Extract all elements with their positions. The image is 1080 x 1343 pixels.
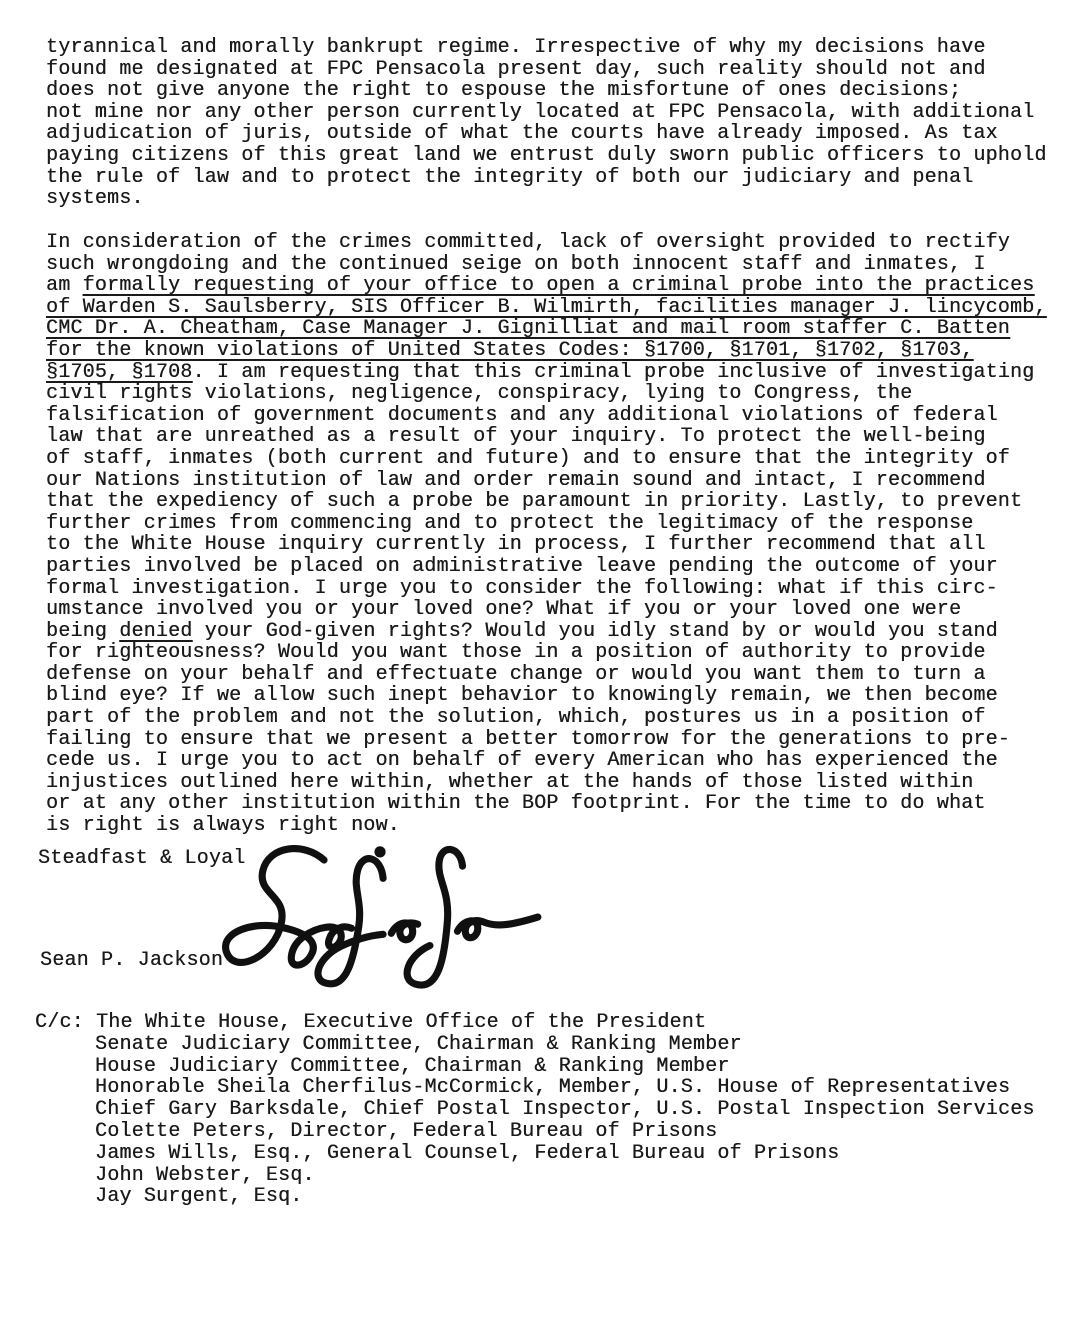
text-segment: such wrongdoing and the continued seige … xyxy=(46,253,986,276)
text-segment: being xyxy=(46,620,119,643)
text-segment: defense on your behalf and effectuate ch… xyxy=(46,663,986,686)
text-segment: systems. xyxy=(46,187,144,210)
cc-recipient-text: Jay Surgent, Esq. xyxy=(95,1185,302,1208)
text-line: not mine nor any other person currently … xyxy=(46,102,1047,124)
cc-recipient: John Webster, Esq. xyxy=(35,1165,1035,1187)
text-line: cede us. I urge you to act on behalf of … xyxy=(46,750,1047,772)
text-segment: the rule of law and to protect the integ… xyxy=(46,166,973,189)
cc-recipient-text: Colette Peters, Director, Federal Bureau… xyxy=(95,1120,717,1143)
text-segment: not mine nor any other person currently … xyxy=(46,101,1034,124)
text-segment: falsification of government documents an… xyxy=(46,404,998,427)
underlined-text: denied xyxy=(119,620,192,643)
text-line: for the known violations of United State… xyxy=(46,340,1047,362)
text-line: In consideration of the crimes committed… xyxy=(46,232,1047,254)
text-segment: found me designated at FPC Pensacola pre… xyxy=(46,58,986,81)
text-segment: cede us. I urge you to act on behalf of … xyxy=(46,749,998,772)
cc-recipient: Chief Gary Barksdale, Chief Postal Inspe… xyxy=(35,1099,1035,1121)
cc-recipient: James Wills, Esq., General Counsel, Fede… xyxy=(35,1143,1035,1165)
text-line: systems. xyxy=(46,188,1047,210)
text-line: that the expediency of such a probe be p… xyxy=(46,491,1047,513)
cc-recipient-text: Chief Gary Barksdale, Chief Postal Inspe… xyxy=(95,1098,1035,1121)
text-line: law that are unreathed as a result of yo… xyxy=(46,426,1047,448)
text-line: paying citizens of this great land we en… xyxy=(46,145,1047,167)
text-line: am formally requesting of your office to… xyxy=(46,275,1047,297)
text-line: §1705, §1708. I am requesting that this … xyxy=(46,362,1047,384)
underlined-text: of Warden S. Saulsberry, SIS Officer B. … xyxy=(46,296,1047,319)
cc-recipient-text: House Judiciary Committee, Chairman & Ra… xyxy=(95,1055,730,1078)
text-line: or at any other institution within the B… xyxy=(46,793,1047,815)
paragraph-opening: tyrannical and morally bankrupt regime. … xyxy=(46,37,1047,210)
underlined-text: for the known violations of United State… xyxy=(46,339,973,362)
text-segment: civil rights violations, negligence, con… xyxy=(46,382,912,405)
text-segment: of staff, inmates (both current and futu… xyxy=(46,447,1010,470)
text-segment: part of the problem and not the solution… xyxy=(46,706,986,729)
cc-recipient-text: Senate Judiciary Committee, Chairman & R… xyxy=(95,1033,742,1056)
text-segment: . I am requesting that this criminal pro… xyxy=(192,361,1034,384)
text-line: our Nations institution of law and order… xyxy=(46,470,1047,492)
text-segment: that the expediency of such a probe be p… xyxy=(46,490,1022,513)
text-line: further crimes from commencing and to pr… xyxy=(46,513,1047,535)
text-line: parties involved be placed on administra… xyxy=(46,556,1047,578)
cc-recipient-text: James Wills, Esq., General Counsel, Fede… xyxy=(95,1142,839,1165)
cc-recipient-text: Honorable Sheila Cherfilus-McCormick, Me… xyxy=(95,1076,1010,1099)
cc-label: C/c: xyxy=(35,1011,96,1034)
text-segment: am xyxy=(46,274,83,297)
cc-recipient: Jay Surgent, Esq. xyxy=(35,1186,1035,1208)
text-segment: our Nations institution of law and order… xyxy=(46,469,986,492)
text-line: found me designated at FPC Pensacola pre… xyxy=(46,59,1047,81)
text-segment: paying citizens of this great land we en… xyxy=(46,144,1047,167)
text-line: part of the problem and not the solution… xyxy=(46,707,1047,729)
text-segment: your God-given rights? Would you idly st… xyxy=(192,620,997,643)
handwritten-signature xyxy=(210,836,546,994)
text-line: blind eye? If we allow such inept behavi… xyxy=(46,685,1047,707)
text-line: of Warden S. Saulsberry, SIS Officer B. … xyxy=(46,297,1047,319)
cc-recipient: House Judiciary Committee, Chairman & Ra… xyxy=(35,1056,1035,1078)
cc-recipient-text: John Webster, Esq. xyxy=(95,1164,315,1187)
text-segment: tyrannical and morally bankrupt regime. … xyxy=(46,36,986,59)
cc-recipient: Colette Peters, Director, Federal Bureau… xyxy=(35,1121,1035,1143)
cc-recipient: C/c: The White House, Executive Office o… xyxy=(35,1012,1035,1034)
text-segment: is right is always right now. xyxy=(46,814,400,837)
text-line: falsification of government documents an… xyxy=(46,405,1047,427)
text-segment: further crimes from commencing and to pr… xyxy=(46,512,973,535)
cc-recipient-text: The White House, Executive Office of the… xyxy=(96,1011,706,1034)
text-segment: for righteousness? Would you want those … xyxy=(46,641,986,664)
text-line: umstance involved you or your loved one?… xyxy=(46,599,1047,621)
text-line: adjudication of juris, outside of what t… xyxy=(46,123,1047,145)
text-line: does not give anyone the right to espous… xyxy=(46,80,1047,102)
text-segment: blind eye? If we allow such inept behavi… xyxy=(46,684,998,707)
underlined-text: formally requesting of your office to op… xyxy=(83,274,1035,297)
text-line: such wrongdoing and the continued seige … xyxy=(46,254,1047,276)
text-line: of staff, inmates (both current and futu… xyxy=(46,448,1047,470)
text-segment: or at any other institution within the B… xyxy=(46,792,986,815)
text-segment: In consideration of the crimes committed… xyxy=(46,231,1010,254)
text-line: tyrannical and morally bankrupt regime. … xyxy=(46,37,1047,59)
text-line: formal investigation. I urge you to cons… xyxy=(46,578,1047,600)
text-line: civil rights violations, negligence, con… xyxy=(46,383,1047,405)
text-segment: parties involved be placed on administra… xyxy=(46,555,998,578)
signature-strokes xyxy=(210,836,546,994)
text-segment: law that are unreathed as a result of yo… xyxy=(46,425,986,448)
text-segment: umstance involved you or your loved one?… xyxy=(46,598,961,621)
text-line: for righteousness? Would you want those … xyxy=(46,642,1047,664)
text-segment: injustices outlined here within, whether… xyxy=(46,771,973,794)
underlined-text: §1705, §1708 xyxy=(46,361,192,384)
text-line: is right is always right now. xyxy=(46,815,1047,837)
text-line: defense on your behalf and effectuate ch… xyxy=(46,664,1047,686)
text-segment: adjudication of juris, outside of what t… xyxy=(46,122,998,145)
text-segment: to the White House inquiry currently in … xyxy=(46,533,986,556)
text-line: injustices outlined here within, whether… xyxy=(46,772,1047,794)
paragraph-request: In consideration of the crimes committed… xyxy=(46,232,1047,837)
text-line: the rule of law and to protect the integ… xyxy=(46,167,1047,189)
text-segment: does not give anyone the right to espous… xyxy=(46,79,961,102)
letter-page: { "document": { "kind": "typewritten let… xyxy=(0,0,1080,1343)
text-line: failing to ensure that we present a bett… xyxy=(46,729,1047,751)
underlined-text: CMC Dr. A. Cheatham, Case Manager J. Gig… xyxy=(46,317,1010,340)
text-segment: formal investigation. I urge you to cons… xyxy=(46,577,998,600)
cc-recipient: Senate Judiciary Committee, Chairman & R… xyxy=(35,1034,1035,1056)
text-line: being denied your God-given rights? Woul… xyxy=(46,621,1047,643)
text-line: to the White House inquiry currently in … xyxy=(46,534,1047,556)
cc-block: C/c: The White House, Executive Office o… xyxy=(35,1012,1035,1208)
text-segment: failing to ensure that we present a bett… xyxy=(46,728,1010,751)
text-line: CMC Dr. A. Cheatham, Case Manager J. Gig… xyxy=(46,318,1047,340)
cc-recipient: Honorable Sheila Cherfilus-McCormick, Me… xyxy=(35,1077,1035,1099)
signed-name: Sean P. Jackson xyxy=(40,950,223,972)
